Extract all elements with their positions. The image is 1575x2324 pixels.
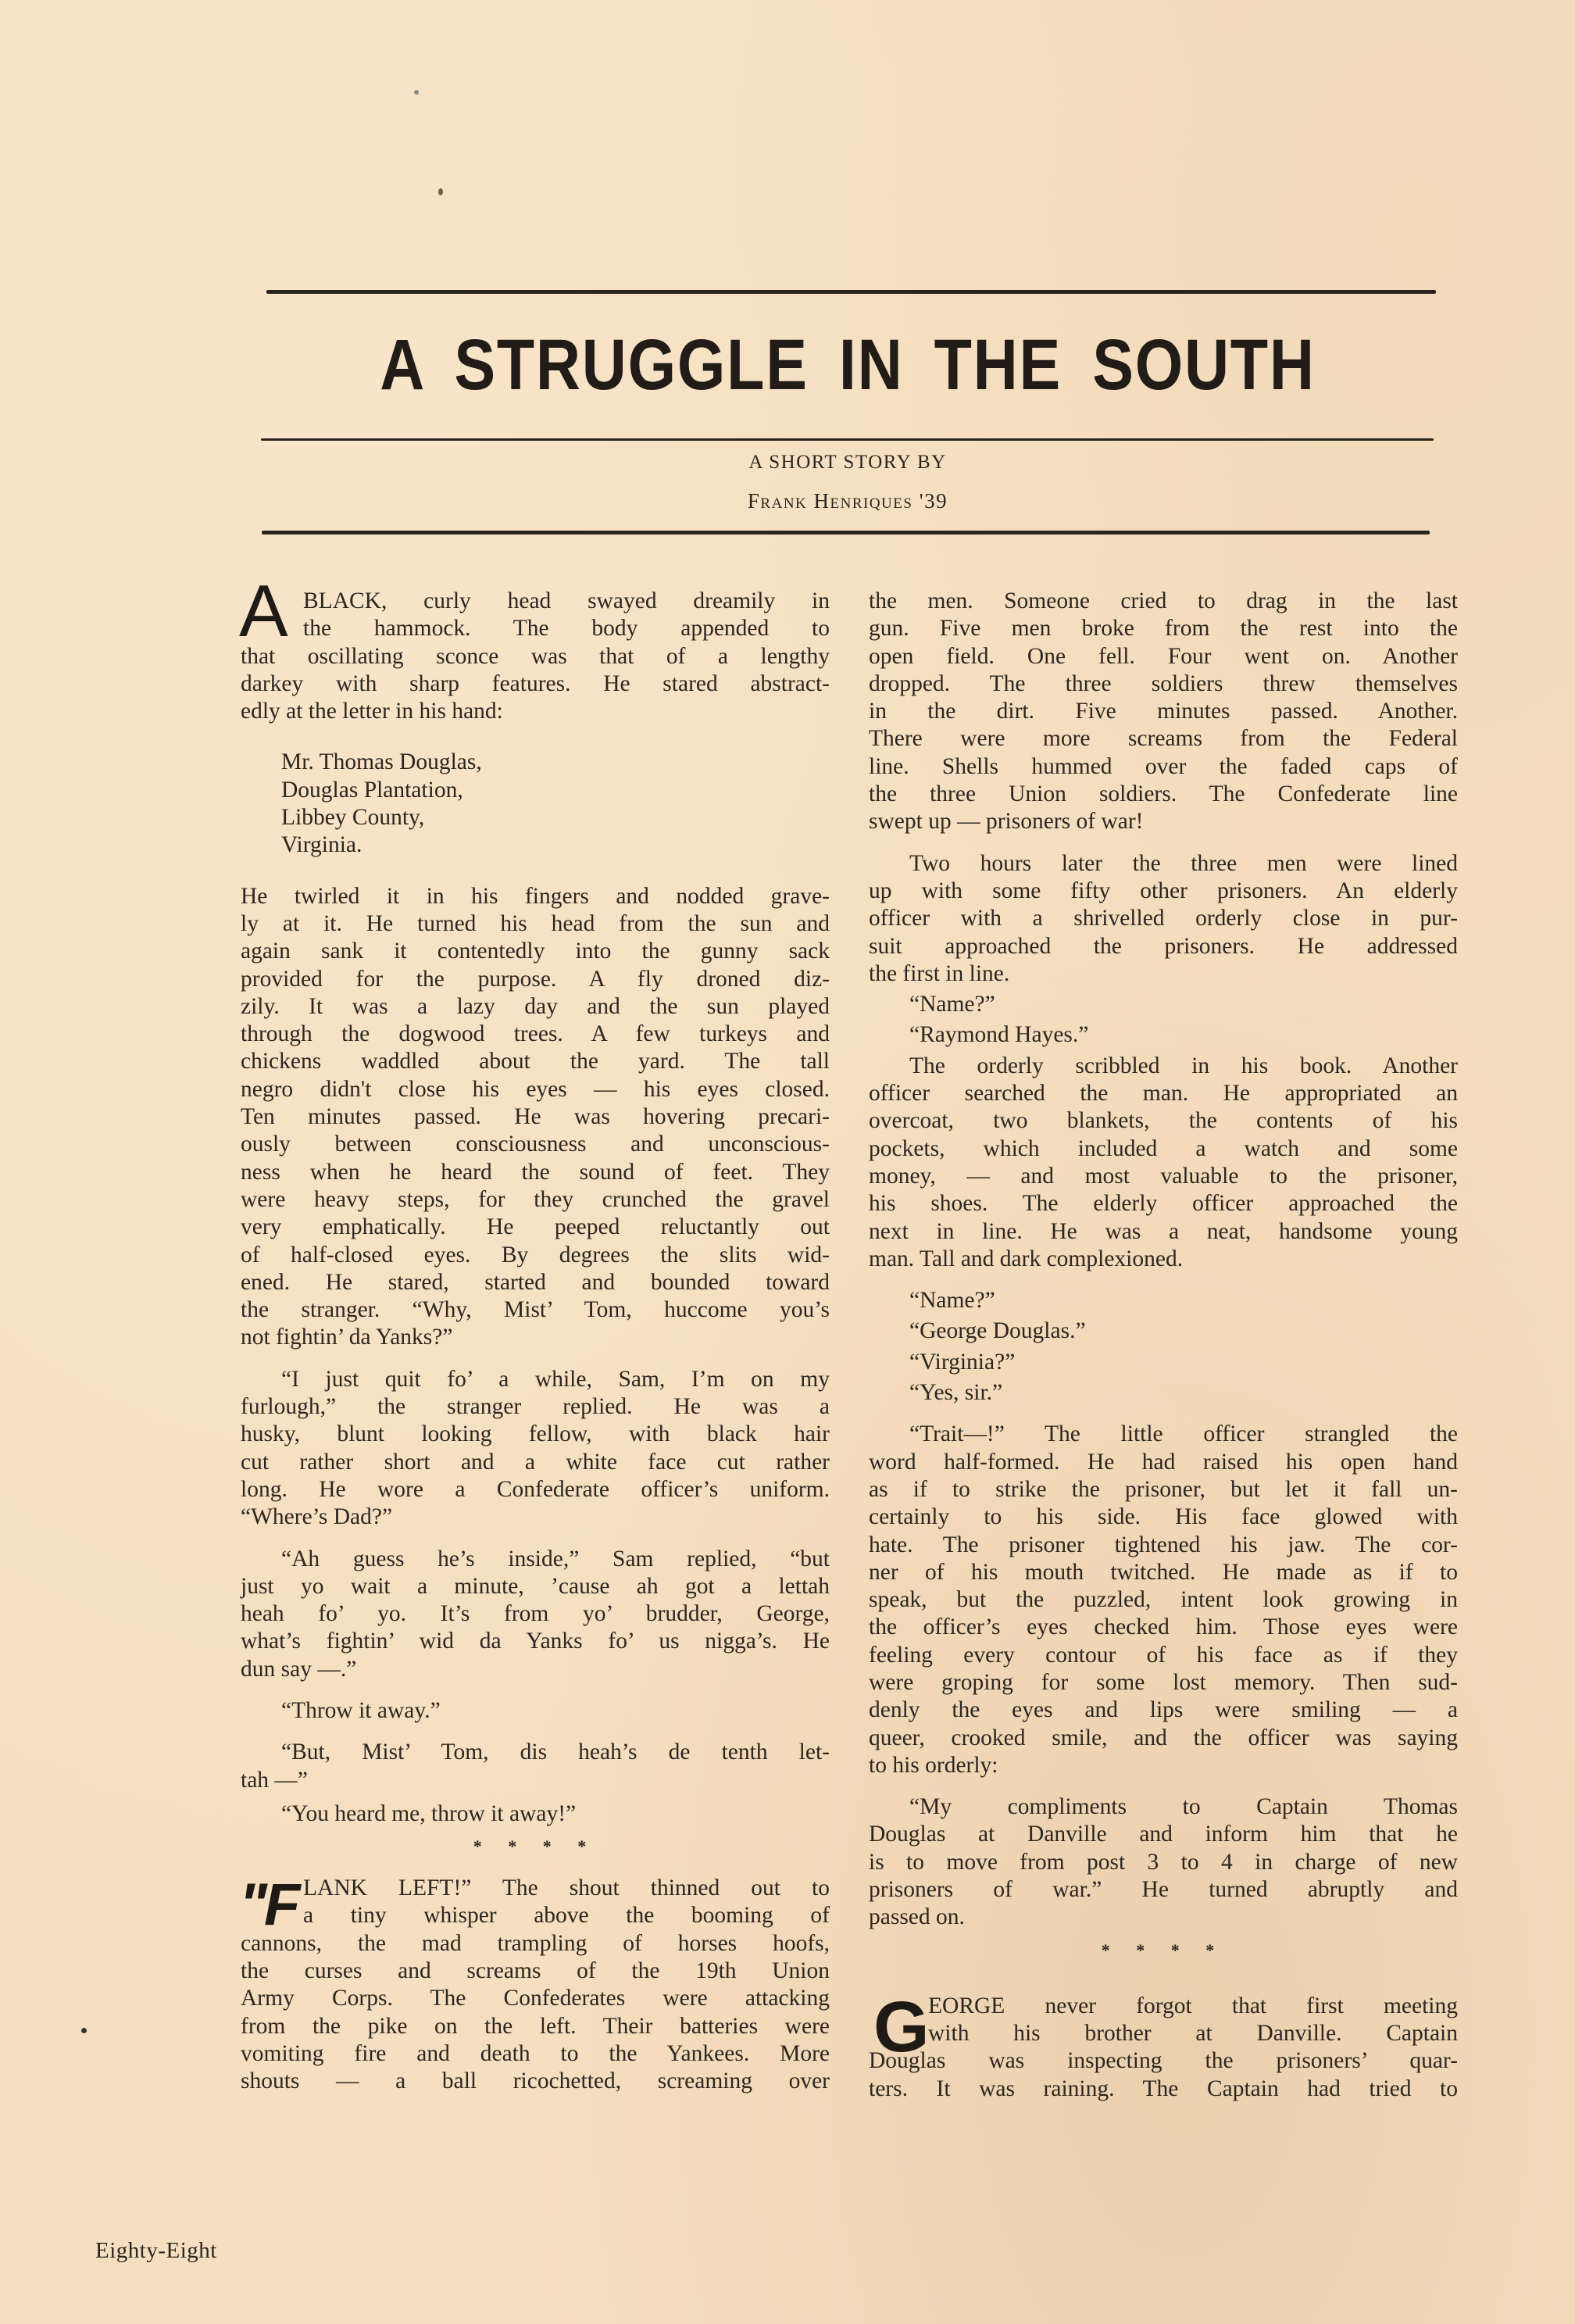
text-line: “My compliments to Captain Thomas [869,1793,1458,1821]
text-line: a tiny whisper above the booming of [303,1902,830,1929]
paper-speck [438,188,443,195]
text-line: line. Shells hummed over the faded caps … [869,753,1458,781]
text-line: queer, crooked smile, and the officer wa… [869,1725,1458,1752]
text-line: were heavy steps, for they crunched the … [241,1186,830,1214]
text-line: cannons, the mad trampling of horses hoo… [241,1930,830,1958]
right-column: the men. Someone cried to drag in the la… [869,588,1458,2103]
text-line: Douglas was inspecting the prisoners’ qu… [869,2047,1458,2075]
text-line: again sank it contentedly into the gunny… [241,938,830,965]
section-separator: * * * * [869,1932,1458,1969]
text-line: word half-formed. He had raised his open… [869,1449,1458,1476]
section-separator: * * * * [241,1828,830,1865]
text-line: what’s fightin’ wid da Yanks fo’ us nigg… [241,1628,830,1655]
text-line: with his brother at Danville. Captain [928,2020,1458,2047]
address-line: Virginia. [241,831,830,859]
text-line: the stranger. “Why, Mist’ Tom, huccome y… [241,1296,830,1324]
text-line: is to move from post 3 to 4 in charge of… [869,1849,1458,1876]
paper-speck [81,2028,87,2033]
text-line: vomiting fire and death to the Yankees. … [241,2040,830,2068]
text-line: “Ah guess he’s inside,” Sam replied, “bu… [241,1546,830,1573]
text-line: ters. It was raining. The Captain had tr… [869,2076,1458,2103]
address-line: Mr. Thomas Douglas, [241,749,830,776]
text-line: ly at it. He turned his head from the su… [241,910,830,938]
text-line: next in line. He was a neat, handsome yo… [869,1218,1458,1246]
text-line: gun. Five men broke from the rest into t… [869,615,1458,642]
text-line: Ten minutes passed. He was hovering prec… [241,1103,830,1131]
text-line: The orderly scribbled in his book. Anoth… [869,1053,1458,1080]
text-line: of half-closed eyes. By degrees the slit… [241,1242,830,1269]
text-line: in the dirt. Five minutes passed. Anothe… [869,698,1458,725]
top-rule-thick [266,290,1436,294]
text-line: were groping for some lost memory. Then … [869,1669,1458,1697]
text-line: his shoes. The elderly officer approache… [869,1190,1458,1217]
text-line: that oscillating sconce was that of a le… [241,643,830,670]
text-line: “Raymond Hayes.” [869,1021,1458,1049]
text-line: to his orderly: [869,1752,1458,1779]
text-line: not fightin’ da Yanks?” [241,1324,830,1351]
text-line: ously between consciousness and unconsci… [241,1131,830,1158]
text-line: ened. He stared, started and bounded tow… [241,1269,830,1296]
text-line: “George Douglas.” [869,1318,1458,1345]
text-line: “Virginia?” [869,1349,1458,1376]
text-line: ness when he heard the sound of feet. Th… [241,1159,830,1186]
text-line: provided for the purpose. A fly droned d… [241,966,830,993]
text-line: the officer’s eyes checked him. Those ey… [869,1614,1458,1641]
text-line: through the dogwood trees. A few turkeys… [241,1021,830,1048]
story-title: A STRUGGLE IN THE SOUTH [341,328,1355,402]
text-line: Two hours later the three men were lined [869,850,1458,878]
text-line: very emphatically. He peeped reluctantly… [241,1214,830,1241]
text-line: certainly to his side. His face glowed w… [869,1503,1458,1531]
text-line: Douglas at Danville and inform him that … [869,1821,1458,1848]
address-line: Douglas Plantation, [241,777,830,804]
text-line: feeling every contour of his face as if … [869,1642,1458,1669]
text-line: “But, Mist’ Tom, dis heah’s de tenth let… [241,1739,830,1766]
text-line: ner of his mouth twitched. He made as if… [869,1559,1458,1586]
text-line: denly the eyes and lips were smiling — a [869,1697,1458,1724]
letter-address: Mr. Thomas Douglas, Douglas Plantation, … [241,749,830,859]
text-line: Army Corps. The Confederates were attack… [241,1985,830,2012]
text-line: LANK LEFT!” The shout thinned out to [303,1875,830,1902]
text-line: BLACK, curly head swayed dreamily in [303,588,830,615]
text-line: zily. It was a lazy day and the sun play… [241,993,830,1021]
byline-label: A SHORT STORY BY [258,452,1437,474]
left-column: BLACK, curly head swayed dreamily in the… [241,588,830,2096]
text-line: suit approached the prisoners. He addres… [869,933,1458,960]
text-line: He twirled it in his fingers and nodded … [241,883,830,910]
text-line: darkey with sharp features. He stared ab… [241,670,830,698]
text-line: chickens waddled about the yard. The tal… [241,1048,830,1075]
text-line: as if to strike the prisoner, but let it… [869,1476,1458,1503]
text-line: prisoners of war.” He turned abruptly an… [869,1876,1458,1904]
middle-rule-thin [261,438,1434,441]
text-line: man. Tall and dark complexioned. [869,1246,1458,1273]
text-line: “Throw it away.” [241,1697,830,1725]
text-line: husky, blunt looking fellow, with black … [241,1421,830,1448]
address-line: Libbey County, [241,804,830,831]
author-name: Frank Henriques '39 [258,489,1437,513]
text-line: the three Union soldiers. The Confederat… [869,781,1458,808]
text-line: “Trait—!” The little officer strangled t… [869,1421,1458,1448]
text-line: the first in line. [869,960,1458,988]
text-line: overcoat, two blankets, the contents of … [869,1107,1458,1135]
paper-speck [414,90,419,95]
text-line: speak, but the puzzled, intent look grow… [869,1586,1458,1614]
text-line: tah —” [241,1767,830,1794]
text-line: money, — and most valuable to the prison… [869,1163,1458,1190]
text-line: “Where’s Dad?” [241,1503,830,1531]
text-line: edly at the letter in his hand: [241,698,830,725]
text-line: “Name?” [869,1287,1458,1314]
text-line: officer with a shrivelled orderly close … [869,905,1458,932]
text-line: pockets, which included a watch and some [869,1135,1458,1163]
text-line: “You heard me, throw it away!” [241,1800,830,1828]
text-line: There were more screams from the Federal [869,725,1458,753]
text-line: “Name?” [869,991,1458,1018]
text-line: up with some fifty other prisoners. An e… [869,878,1458,905]
text-line: the hammock. The body appended to [303,615,830,642]
text-line: the men. Someone cried to drag in the la… [869,588,1458,615]
text-line: shouts — a ball ricochetted, screaming o… [241,2068,830,2095]
page-number: Eighty-Eight [95,2238,217,2264]
text-line: long. He wore a Confederate officer’s un… [241,1476,830,1503]
text-line: dropped. The three soldiers threw themse… [869,670,1458,698]
text-line: furlough,” the stranger replied. He was … [241,1393,830,1421]
text-line: dun say —.” [241,1656,830,1683]
bottom-rule-thick [262,531,1430,535]
text-line: open field. One fell. Four went on. Anot… [869,643,1458,670]
text-line: the curses and screams of the 19th Union [241,1958,830,1985]
text-line: heah fo’ yo. It’s from yo’ brudder, Geor… [241,1600,830,1628]
text-line: swept up — prisoners of war! [869,808,1458,835]
text-line: officer searched the man. He appropriate… [869,1080,1458,1107]
text-line: “I just quit fo’ a while, Sam, I’m on my [241,1366,830,1393]
text-line: hate. The prisoner tightened his jaw. Th… [869,1532,1458,1559]
text-line: negro didn't close his eyes — his eyes c… [241,1076,830,1103]
text-line: cut rather short and a white face cut ra… [241,1449,830,1476]
text-line: passed on. [869,1904,1458,1931]
text-line: just yo wait a minute, ’cause ah got a l… [241,1573,830,1600]
text-line: from the pike on the left. Their batteri… [241,2013,830,2040]
text-line: “Yes, sir.” [869,1379,1458,1407]
text-line: EORGE never forgot that first meeting [928,1993,1458,2020]
